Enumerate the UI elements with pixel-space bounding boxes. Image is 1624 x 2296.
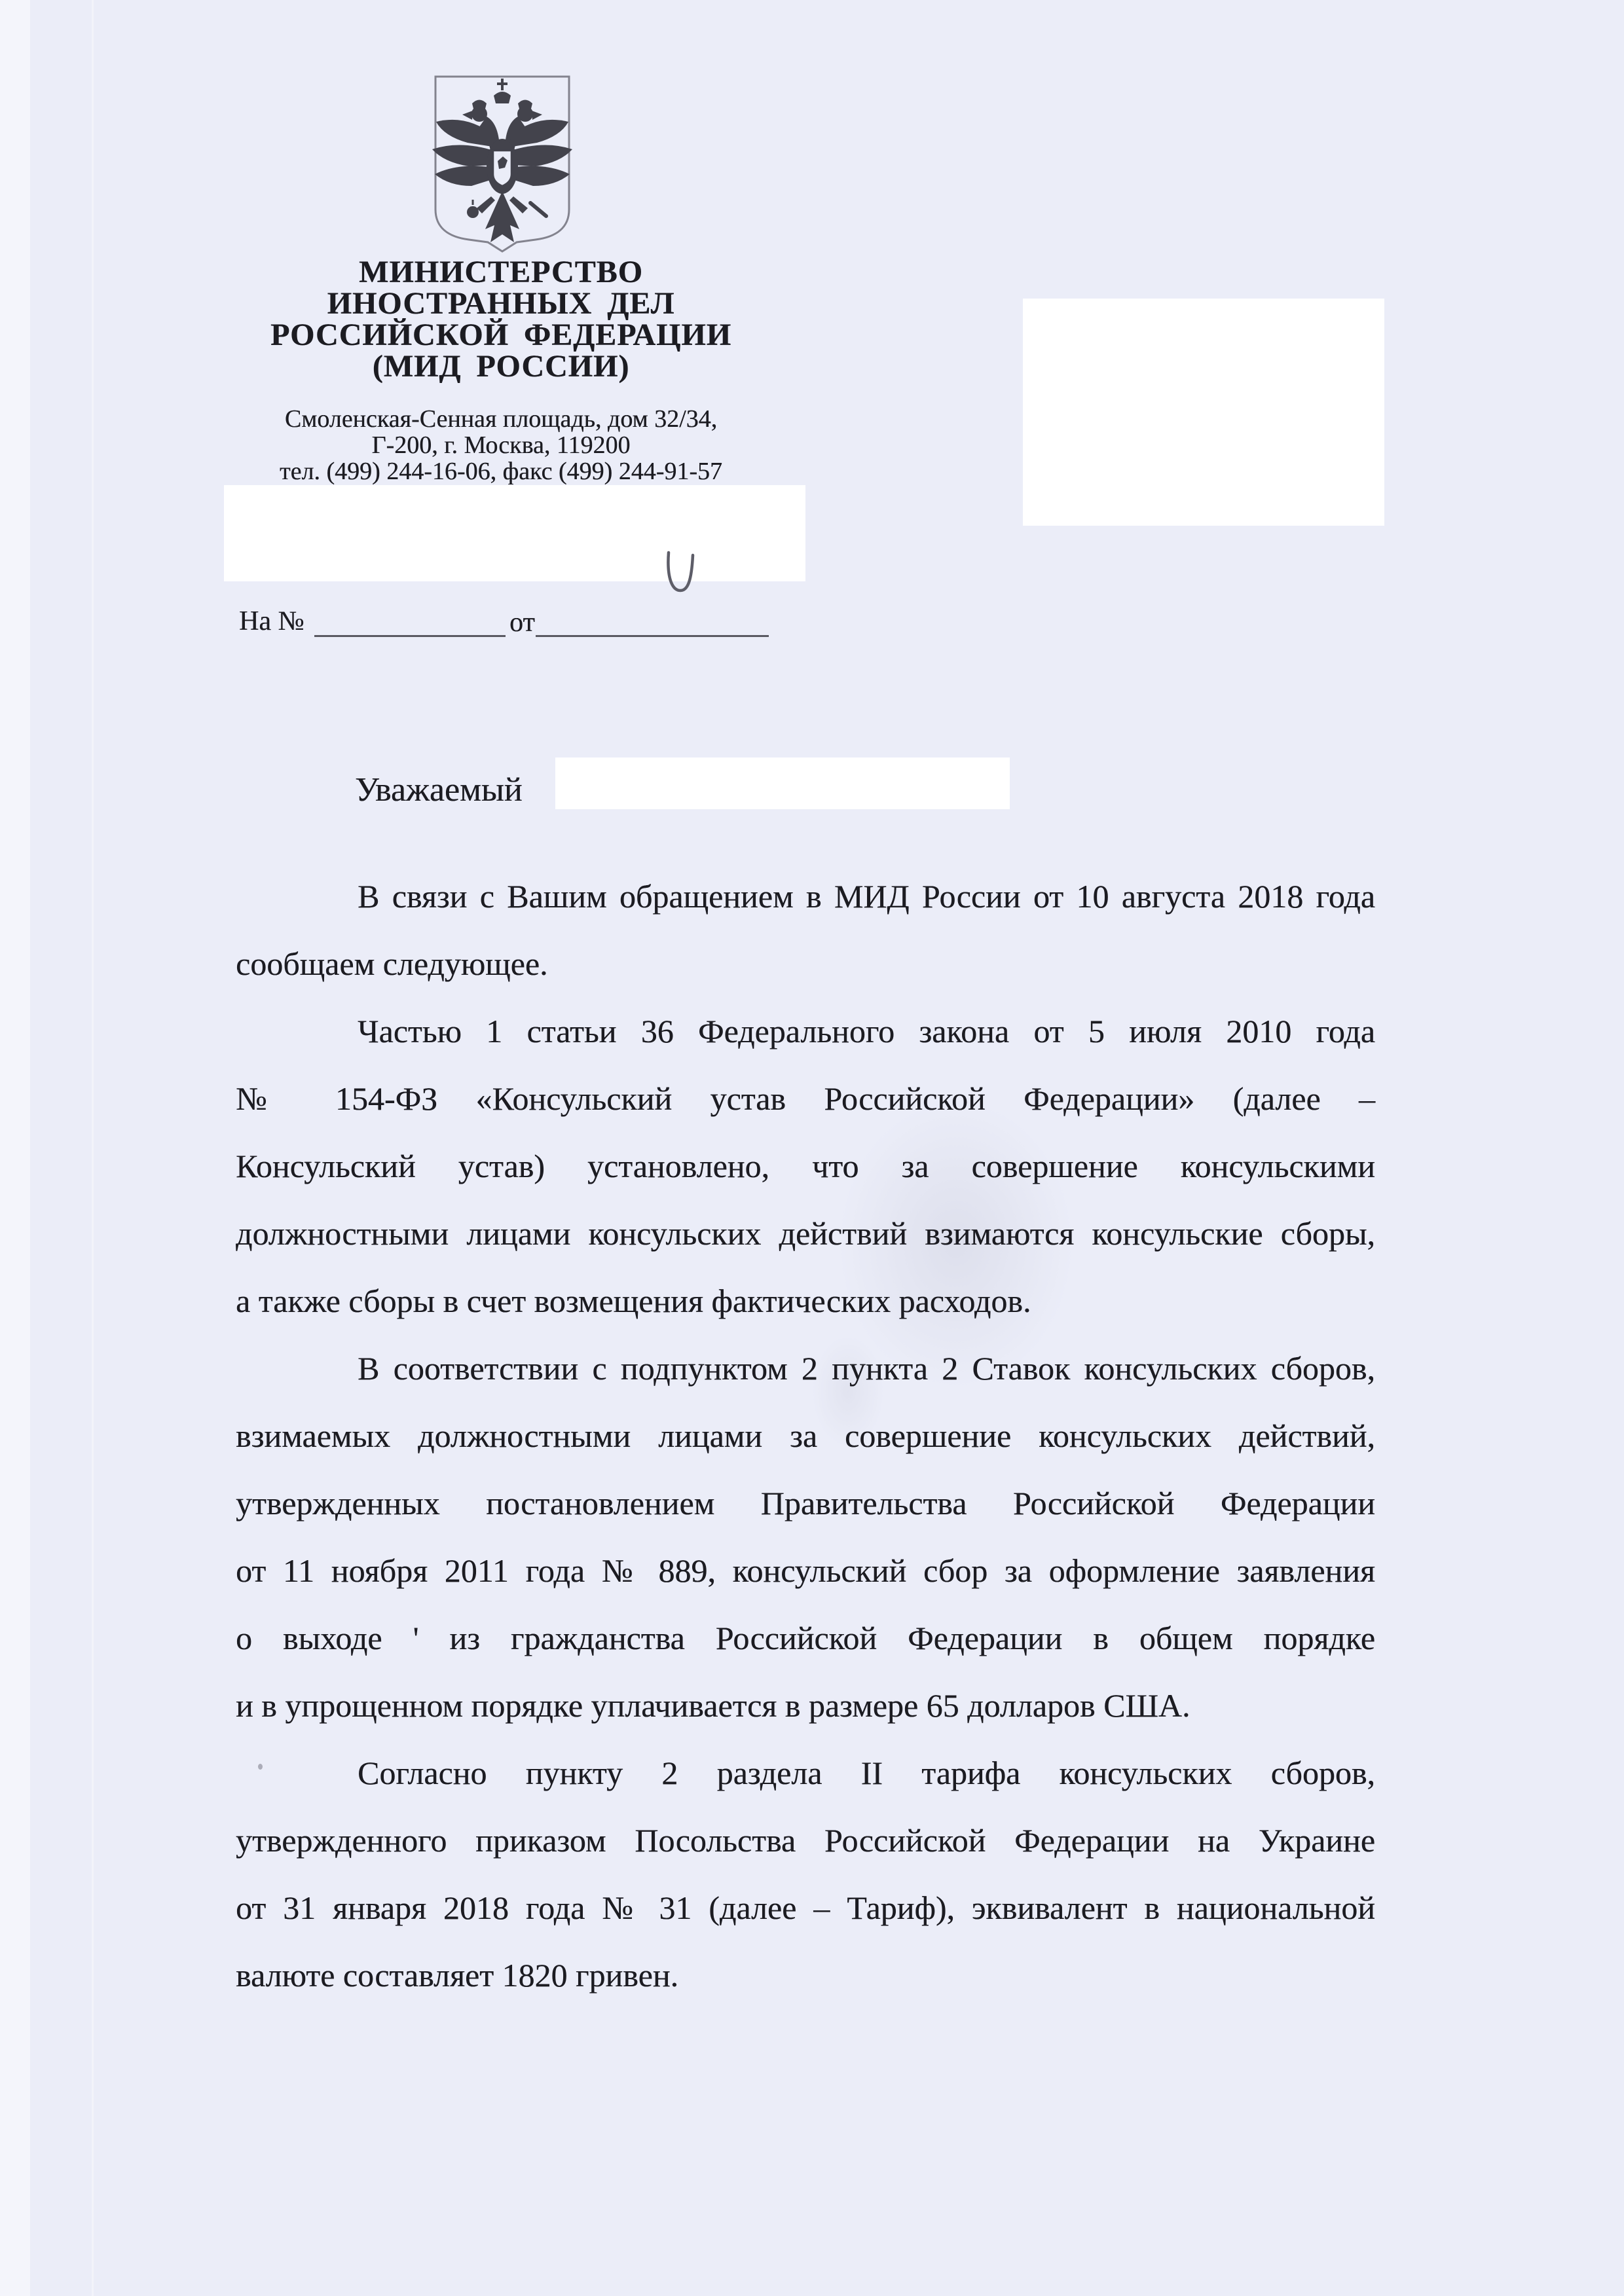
body-line: валюте составляет 1820 гривен.: [236, 1942, 1375, 2009]
address-line: тел. (499) 244-16-06, факс (499) 244-91-…: [190, 458, 812, 484]
redaction-box-outgoing-number: [224, 485, 805, 581]
body-line: от 31 января 2018 года № 31 (далее – Тар…: [236, 1874, 1375, 1942]
body-line: взимаемых должностными лицами за соверше…: [236, 1402, 1375, 1470]
reference-number-blank-line: [314, 635, 506, 637]
body-line: В соответствии с подпунктом 2 пункта 2 С…: [236, 1335, 1375, 1402]
ministry-name-block: МИНИСТЕРСТВО ИНОСТРАННЫХ ДЕЛ РОССИЙСКОЙ …: [190, 257, 812, 382]
body-line: Согласно пункту 2 раздела II тарифа конс…: [236, 1740, 1375, 1807]
redaction-box-addressee: [1023, 299, 1384, 526]
ministry-name-line: (МИД РОССИИ): [190, 351, 812, 382]
reference-ot-label: от: [509, 609, 535, 636]
ministry-name-line: МИНИСТЕРСТВО: [190, 257, 812, 288]
body-line: № 154-ФЗ «Консульский устав Российской Ф…: [236, 1065, 1375, 1133]
scan-streak-line: [92, 0, 94, 2296]
address-line: Смоленская-Сенная площадь, дом 32/34,: [190, 406, 812, 432]
body-line: В связи с Вашим обращением в МИД России …: [236, 863, 1375, 930]
address-line: Г-200, г. Москва, 119200: [190, 432, 812, 458]
scanned-letter-page: МИНИСТЕРСТВО ИНОСТРАННЫХ ДЕЛ РОССИЙСКОЙ …: [0, 0, 1624, 2296]
letter-body: В связи с Вашим обращением в МИД России …: [236, 863, 1375, 2009]
ministry-address-block: Смоленская-Сенная площадь, дом 32/34, Г-…: [190, 406, 812, 484]
body-line: и в упрощенном порядке уплачивается в ра…: [236, 1672, 1375, 1740]
ministry-name-line: РОССИЙСКОЙ ФЕДЕРАЦИИ: [190, 319, 812, 351]
scan-edge-strip: [0, 0, 30, 2296]
body-line: утвержденных постановлением Правительств…: [236, 1470, 1375, 1537]
body-line: Частью 1 статьи 36 Федерального закона о…: [236, 998, 1375, 1065]
body-line: от 11 ноября 2011 года № 889, консульски…: [236, 1537, 1375, 1605]
salutation: Уважаемый: [236, 761, 1375, 820]
pen-mark: [665, 550, 695, 599]
body-line: а также сборы в счет возмещения фактичес…: [236, 1267, 1375, 1335]
body-line: утвержденного приказом Посольства Россий…: [236, 1807, 1375, 1874]
body-line: должностными лицами консульских действий…: [236, 1200, 1375, 1267]
body-line: о выходе ' из гражданства Российской Фед…: [236, 1605, 1375, 1672]
body-line: сообщаем следующее.: [236, 930, 1375, 998]
reference-date-blank-line: [536, 635, 769, 637]
russia-coat-of-arms-icon: [426, 73, 579, 257]
ministry-name-line: ИНОСТРАННЫХ ДЕЛ: [190, 288, 812, 319]
body-line: Консульский устав) установлено, что за с…: [236, 1133, 1375, 1200]
reference-na-label: На №: [239, 608, 304, 635]
